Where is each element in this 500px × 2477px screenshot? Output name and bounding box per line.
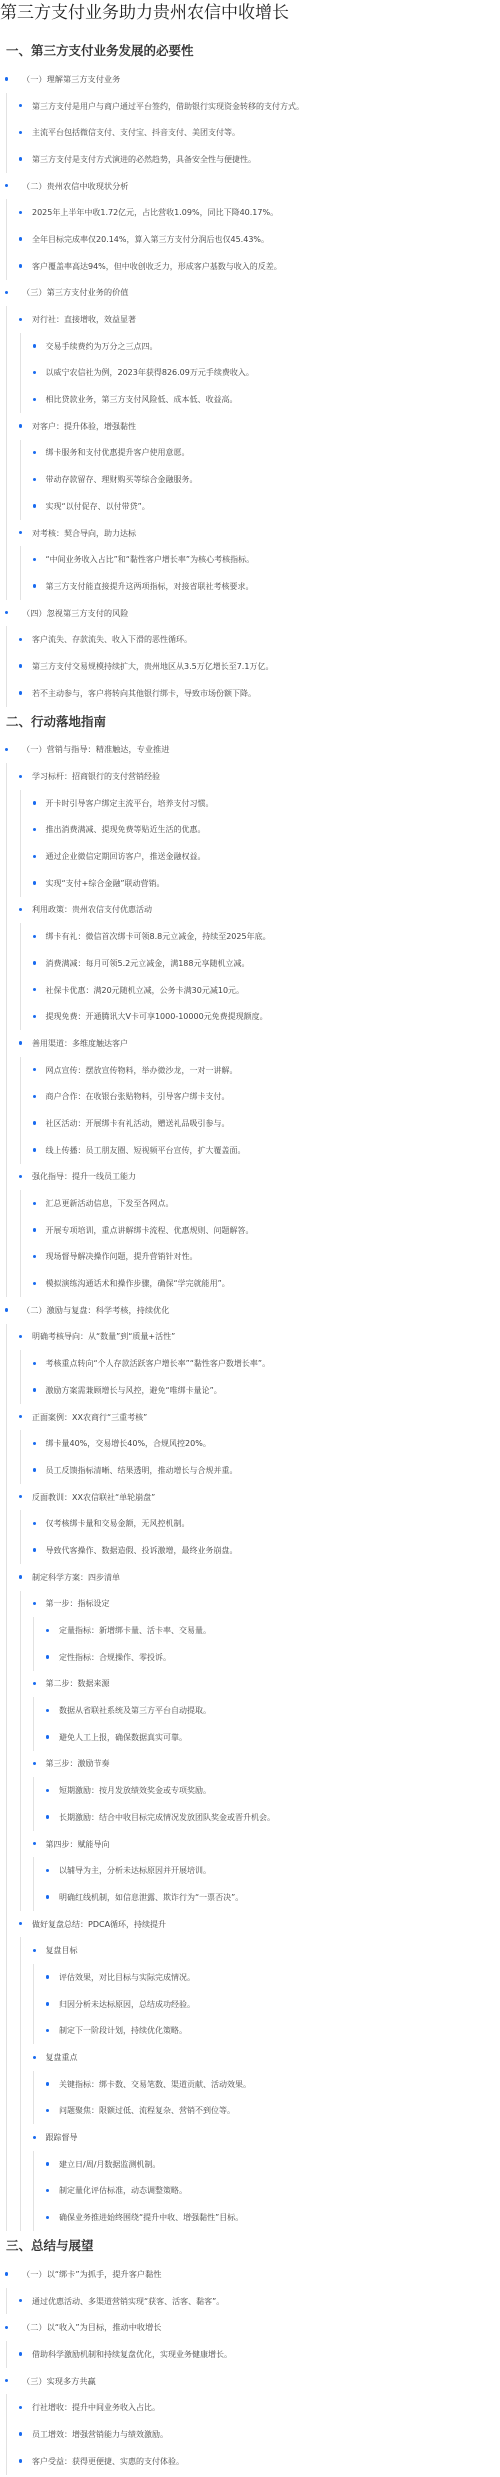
outline-item-label: 避免人工上报，确保数据真实可靠。 <box>59 1732 187 1743</box>
outline-row: 反面教训：XX农信联社“单轮崩盘” <box>7 1484 500 1511</box>
outline-item-level-3: 推出消费满减、提现免费等贴近生活的优惠。 <box>21 817 500 844</box>
outline-item-level-4: 制定量化评估标准，动态调整策略。 <box>34 2178 500 2205</box>
outline-item-label: 复盘目标 <box>46 1945 78 1956</box>
outline-item-label: 强化指导：提升一线员工能力 <box>32 1171 136 1182</box>
outline-row: 推出消费满减、提现免费等贴近生活的优惠。 <box>21 817 500 844</box>
bullet-dot-icon <box>46 1895 49 1898</box>
outline-row: 相比贷款业务，第三方支付风险低、成本低、收益高。 <box>21 386 500 413</box>
outline-item-level-2: 客户受益：获得更便捷、实惠的支付体验。 <box>7 2448 500 2475</box>
outline-item-label: 正面案例：XX农商行“三重考核” <box>32 1412 147 1423</box>
outline-row: 通过企业微信定期回访客户，推送金融权益。 <box>21 843 500 870</box>
section-heading: 一、第三方支付业务发展的必要性 <box>0 42 500 60</box>
outline-children: 借助科学激励机制和持续复盘优化，实现业务健康增长。 <box>6 2341 500 2368</box>
outline-item-level-4: 以辅导为主，分析未达标原因并开展培训。 <box>34 1857 500 1884</box>
outline-item-label: 利用政策：贵州农信支付优惠活动 <box>32 904 152 915</box>
outline-row: 员工反馈指标清晰、结果透明，推动增长与合规并重。 <box>21 1457 500 1484</box>
outline-item-label: 以辅导为主，分析未达标原因并开展培训。 <box>59 1865 211 1876</box>
outline-row: 明确考核导向：从“数量”到“质量+活性” <box>7 1324 500 1351</box>
outline-row: 短期激励：按月发放绩效奖金或专项奖励。 <box>34 1777 500 1804</box>
outline-item-level-2: 全年目标完成率仅20.14%，算入第三方支付分润后也仅45.43%。 <box>7 226 500 253</box>
outline-item-level-2: 反面教训：XX农信联社“单轮崩盘”仅考核绑卡量和交易金额，无风控机制。导致代客操… <box>7 1484 500 1564</box>
outline-item-level-3: 模拟演练沟通话术和操作步骤，确保“学完就能用”。 <box>21 1270 500 1297</box>
outline-row: 主流平台包括微信支付、支付宝、抖音支付、美团支付等。 <box>7 119 500 146</box>
bullet-dot-icon <box>19 1495 22 1498</box>
outline-item-label: 汇总更新活动信息，下发至各网点。 <box>46 1198 174 1209</box>
outline-children: 定量指标：新增绑卡量、活卡率、交易量。定性指标：合规操作、零投诉。 <box>33 1617 500 1670</box>
bullet-dot-icon <box>19 2459 22 2462</box>
outline-item-label: 客户受益：获得更便捷、实惠的支付体验。 <box>32 2456 184 2467</box>
outline-item-level-4: 明确红线机制，如信息泄露、欺诈行为“一票否决”。 <box>34 1884 500 1911</box>
bullet-dot-icon <box>33 1228 36 1231</box>
outline-item-label: 绑卡量40%，交易增长40%，合规风控20%。 <box>46 1438 211 1449</box>
document-section: 二、行动落地指南（一）营销与指导：精准触达，专业推进学习标杆：招商银行的支付营销… <box>0 713 500 2232</box>
outline-item-level-3: 第四步：赋能导向以辅导为主，分析未达标原因并开展培训。明确红线机制，如信息泄露、… <box>21 1831 500 1911</box>
bullet-dot-icon <box>33 1255 36 1258</box>
bullet-dot-icon <box>19 264 22 267</box>
outline-item-level-3: 社保卡优惠：满20元随机立减，公务卡满30元减10元。 <box>21 977 500 1004</box>
bullet-dot-icon <box>19 2432 22 2435</box>
outline-row: 制定科学方案：四步清单 <box>7 1564 500 1591</box>
bullet-dot-icon <box>19 774 22 777</box>
outline-item-label: 第四步：赋能导向 <box>46 1839 110 1850</box>
outline-row: （一）理解第三方支付业务 <box>0 66 500 93</box>
outline-item-level-4: 长期激励：结合中收目标完成情况发放团队奖金或晋升机会。 <box>34 1804 500 1831</box>
outline-row: 以威宁农信社为例，2023年获得826.09万元手续费收入。 <box>21 360 500 387</box>
outline-item-label: （四）忽视第三方支付的风险 <box>22 608 128 619</box>
outline-item-level-3: 提现免费：开通腾讯大V卡可享1000-10000元免费提现额度。 <box>21 1003 500 1030</box>
bullet-dot-icon <box>33 1442 36 1445</box>
outline-item-level-3: 导致代客操作、数据造假、投诉激增，最终业务崩盘。 <box>21 1537 500 1564</box>
outline-item-label: 社区活动：开展绑卡有礼活动，赠送礼品吸引参与。 <box>46 1118 230 1129</box>
bullet-dot-icon <box>33 855 36 858</box>
outline-item-level-2: 做好复盘总结：PDCA循环，持续提升复盘目标评估效果，对比目标与实际完成情况。归… <box>7 1911 500 2231</box>
outline-item-level-3: 交易手续费约为万分之三点四。 <box>21 333 500 360</box>
outline-item-label: （二）以“收入”为目标，推动中收增长 <box>22 2322 161 2333</box>
outline-item-label: 员工增效：增强营销能力与绩效激励。 <box>32 2429 168 2440</box>
outline-item-label: 考核重点转向“个人存款活跃客户增长率”“黏性客户数增长率”。 <box>46 1358 271 1369</box>
outline-row: 客户流失、存款流失、收入下滑的恶性循环。 <box>7 626 500 653</box>
outline-item-level-3: 复盘目标评估效果，对比目标与实际完成情况。归因分析未达标原因，总结成功经验。制定… <box>21 1937 500 2044</box>
outline-item-label: 第三步：激励节奏 <box>46 1758 110 1769</box>
outline-row: （三）第三方支付业务的价值 <box>0 280 500 307</box>
bullet-dot-icon <box>33 1362 36 1365</box>
outline-item-label: 明确红线机制，如信息泄露、欺诈行为“一票否决”。 <box>59 1892 243 1903</box>
outline-item-label: 确保业务推进始终围绕“提升中收、增强黏性”目标。 <box>59 2212 243 2223</box>
outline-item-label: 2025年上半年中收1.72亿元，占比营收1.09%，同比下降40.17%。 <box>32 207 278 218</box>
outline-children: 学习标杆：招商银行的支付营销经验开卡时引导客户绑定主流平台，培养支付习惯。推出消… <box>6 763 500 1297</box>
outline-item-label: 对考核：契合导向，助力达标 <box>32 528 136 539</box>
bullet-dot-icon <box>33 988 36 991</box>
outline-item-level-4: 短期激励：按月发放绩效奖金或专项奖励。 <box>34 1777 500 1804</box>
bullet-dot-icon <box>33 1015 36 1018</box>
bullet-dot-icon <box>19 691 22 694</box>
outline-item-label: 建立日/周/月数据监测机制。 <box>59 2159 160 2170</box>
outline-item-label: 绑卡有礼：微信首次绑卡可领8.8元立减金，持续至2025年底。 <box>46 931 271 942</box>
outline-children: 复盘目标评估效果，对比目标与实际完成情况。归因分析未达标原因，总结成功经验。制定… <box>20 1937 500 2231</box>
outline-item-label: 员工反馈指标清晰、结果透明，推动增长与合规并重。 <box>46 1465 238 1476</box>
outline-item-level-1: （二）以“收入”为目标，推动中收增长借助科学激励机制和持续复盘优化，实现业务健康… <box>0 2314 500 2367</box>
outline-row: 带动存款留存、理财购买等综合金融服务。 <box>21 466 500 493</box>
outline-item-level-2: 强化指导：提升一线员工能力汇总更新活动信息，下发至各网点。开展专项培训，重点讲解… <box>7 1164 500 1297</box>
outline-item-label: 定量指标：新增绑卡量、活卡率、交易量。 <box>59 1625 211 1636</box>
outline-item-level-3: 考核重点转向“个人存款活跃客户增长率”“黏性客户数增长率”。 <box>21 1350 500 1377</box>
bullet-dot-icon <box>19 531 22 534</box>
outline-item-level-1: （四）忽视第三方支付的风险客户流失、存款流失、收入下滑的恶性循环。第三方支付交易… <box>0 600 500 707</box>
outline-item-level-3: 汇总更新活动信息，下发至各网点。 <box>21 1190 500 1217</box>
bullet-dot-icon <box>33 2136 36 2139</box>
outline-children: 对行社：直接增收，效益显著交易手续费约为万分之三点四。以威宁农信社为例，2023… <box>6 306 500 600</box>
bullet-dot-icon <box>46 1655 49 1658</box>
outline-item-label: 线上传播：员工朋友圈、短视频平台宣传，扩大覆盖面。 <box>46 1145 246 1156</box>
outline-row: 仅考核绑卡量和交易金额，无风控机制。 <box>21 1510 500 1537</box>
outline-item-label: 归因分析未达标原因，总结成功经验。 <box>59 1999 195 2010</box>
bullet-dot-icon <box>33 2055 36 2058</box>
outline-row: （一）营销与指导：精准触达，专业推进 <box>0 737 500 764</box>
outline-row: 考核重点转向“个人存款活跃客户增长率”“黏性客户数增长率”。 <box>21 1350 500 1377</box>
bullet-dot-icon <box>19 1175 22 1178</box>
outline-item-label: 制定科学方案：四步清单 <box>32 1572 120 1583</box>
outline-children: 建立日/周/月数据监测机制。制定量化评估标准，动态调整策略。确保业务推进始终围绕… <box>33 2151 500 2231</box>
outline-item-level-3: 绑卡服务和支付优惠提升客户使用意愿。 <box>21 440 500 467</box>
outline-item-level-4: 数据从省联社系统及第三方平台自动提取。 <box>34 1697 500 1724</box>
outline-row: 网点宣传：摆放宣传物料，举办微沙龙，一对一讲解。 <box>21 1057 500 1084</box>
bullet-dot-icon <box>33 1762 36 1765</box>
bullet-dot-icon <box>33 504 36 507</box>
outline-children: 仅考核绑卡量和交易金额，无风控机制。导致代客操作、数据造假、投诉激增，最终业务崩… <box>20 1510 500 1563</box>
outline-item-label: 定性指标：合规操作、零投诉。 <box>59 1652 171 1663</box>
outline-item-label: 第三方支付能直接提升这两项指标，对接省联社考核要求。 <box>46 581 254 592</box>
outline-item-level-3: 第三方支付能直接提升这两项指标，对接省联社考核要求。 <box>21 573 500 600</box>
outline-row: 制定量化评估标准，动态调整策略。 <box>34 2178 500 2205</box>
outline-item-level-3: 绑卡量40%，交易增长40%，合规风控20%。 <box>21 1430 500 1457</box>
outline-row: 第三方支付交易规模持续扩大，贵州地区从3.5万亿增长至7.1万亿。 <box>7 653 500 680</box>
bullet-dot-icon <box>33 451 36 454</box>
outline-item-level-2: 第三方支付交易规模持续扩大，贵州地区从3.5万亿增长至7.1万亿。 <box>7 653 500 680</box>
outline-item-level-3: 以威宁农信社为例，2023年获得826.09万元手续费收入。 <box>21 360 500 387</box>
bullet-dot-icon <box>19 664 22 667</box>
outline-item-level-2: 若不主动参与，客户将转向其他银行绑卡，导致市场份额下降。 <box>7 680 500 707</box>
outline-item-label: 问题聚焦：限额过低、流程复杂、营销不到位等。 <box>59 2105 235 2116</box>
outline-item-label: 提现免费：开通腾讯大V卡可享1000-10000元免费提现额度。 <box>46 1011 268 1022</box>
outline-row: 第三方支付是支付方式演进的必然趋势，具备安全性与便捷性。 <box>7 146 500 173</box>
bullet-dot-icon <box>19 1922 22 1925</box>
outline-children: 开卡时引导客户绑定主流平台，培养支付习惯。推出消费满减、提现免费等贴近生活的优惠… <box>20 790 500 897</box>
outline-children: 以辅导为主，分析未达标原因并开展培训。明确红线机制，如信息泄露、欺诈行为“一票否… <box>33 1857 500 1910</box>
bullet-dot-icon <box>19 1415 22 1418</box>
bullet-dot-icon <box>33 371 36 374</box>
bullet-dot-icon <box>5 611 8 614</box>
outline-item-label: 导致代客操作、数据造假、投诉激增，最终业务崩盘。 <box>46 1545 238 1556</box>
outline-item-level-1: （三）第三方支付业务的价值对行社：直接增收，效益显著交易手续费约为万分之三点四。… <box>0 280 500 600</box>
bullet-dot-icon <box>33 1842 36 1845</box>
outline-children: 网点宣传：摆放宣传物料，举办微沙龙，一对一讲解。商户合作：在收银台张贴物料，引导… <box>20 1057 500 1164</box>
document-section: 一、第三方支付业务发展的必要性（一）理解第三方支付业务第三方支付是用户与商户通过… <box>0 42 500 707</box>
outline-row: 问题聚焦：限额过低、流程复杂、营销不到位等。 <box>34 2098 500 2125</box>
outline-children: 绑卡有礼：微信首次绑卡可领8.8元立减金，持续至2025年底。消费满减：每月可领… <box>20 923 500 1030</box>
outline-row: 避免人工上报，确保数据真实可靠。 <box>34 1724 500 1751</box>
outline-row: 借助科学激励机制和持续复盘优化，实现业务健康增长。 <box>7 2341 500 2368</box>
outline-item-level-4: 建立日/周/月数据监测机制。 <box>34 2151 500 2178</box>
outline-item-label: 学习标杆：招商银行的支付营销经验 <box>32 771 160 782</box>
outline-item-label: 客户覆盖率高达94%，但中收创收乏力，形成客户基数与收入的反差。 <box>32 261 282 272</box>
section-heading: 二、行动落地指南 <box>0 713 500 731</box>
outline-item-label: 网点宣传：摆放宣传物料，举办微沙龙，一对一讲解。 <box>46 1065 238 1076</box>
bullet-dot-icon <box>33 1602 36 1605</box>
bullet-dot-icon <box>46 1709 49 1712</box>
outline-item-label: 全年目标完成率仅20.14%，算入第三方支付分润后也仅45.43%。 <box>32 234 269 245</box>
outline-item-level-3: 第三步：激励节奏短期激励：按月发放绩效奖金或专项奖励。长期激励：结合中收目标完成… <box>21 1751 500 1831</box>
bullet-dot-icon <box>33 584 36 587</box>
document-title: 第三方支付业务助力贵州农信中收增长 <box>0 0 500 36</box>
bullet-dot-icon <box>33 1682 36 1685</box>
outline-row: 第三步：激励节奏 <box>21 1751 500 1778</box>
outline-item-label: 数据从省联社系统及第三方平台自动提取。 <box>59 1705 211 1716</box>
outline-item-level-3: 实现“以付促存、以付带贷”。 <box>21 493 500 520</box>
outline-item-label: 长期激励：结合中收目标完成情况发放团队奖金或晋升机会。 <box>59 1812 275 1823</box>
outline-item-level-2: 对考核：契合导向，助力达标“中间业务收入占比”和“黏性客户增长率”为核心考核指标… <box>7 520 500 600</box>
outline-row: 通过优惠活动、多渠道营销实现“获客、活客、黏客”。 <box>7 2288 500 2315</box>
outline-item-label: （一）理解第三方支付业务 <box>22 74 120 85</box>
outline-item-level-4: 制定下一阶段计划，持续优化策略。 <box>34 2018 500 2045</box>
bullet-dot-icon <box>19 424 22 427</box>
outline-children: 通过优惠活动、多渠道营销实现“获客、活客、黏客”。 <box>6 2288 500 2315</box>
outline-row: 确保业务推进始终围绕“提升中收、增强黏性”目标。 <box>34 2204 500 2231</box>
outline-item-level-2: 利用政策：贵州农信支付优惠活动绑卡有礼：微信首次绑卡可领8.8元立减金，持续至2… <box>7 897 500 1030</box>
outline-children: 第三方支付是用户与商户通过平台签约，借助银行实现资金转移的支付方式。主流平台包括… <box>6 93 500 173</box>
bullet-dot-icon <box>19 908 22 911</box>
bullet-dot-icon <box>46 1789 49 1792</box>
outline-children: 明确考核导向：从“数量”到“质量+活性”考核重点转向“个人存款活跃客户增长率”“… <box>6 1324 500 2231</box>
outline-row: 第二步：数据来源 <box>21 1671 500 1698</box>
outline-item-label: 仅考核绑卡量和交易金额，无风控机制。 <box>46 1518 190 1529</box>
bullet-dot-icon <box>19 638 22 641</box>
outline-children: 考核重点转向“个人存款活跃客户增长率”“黏性客户数增长率”。激励方案需兼顾增长与… <box>20 1350 500 1403</box>
outline-item-label: （二）贵州农信中收现状分析 <box>22 181 128 192</box>
outline-item-level-3: 通过企业微信定期回访客户，推送金融权益。 <box>21 843 500 870</box>
outline-item-label: （一）以“绑卡”为抓手，提升客户黏性 <box>22 2269 161 2280</box>
outline-item-label: （二）激励与复盘：科学考核，持续优化 <box>22 1305 169 1316</box>
outline-item-level-4: 关键指标：绑卡数、交易笔数、渠道贡献、活动效果。 <box>34 2071 500 2098</box>
bullet-dot-icon <box>33 1148 36 1151</box>
bullet-dot-icon <box>5 748 8 751</box>
outline-row: 学习标杆：招商银行的支付营销经验 <box>7 763 500 790</box>
outline-row: 对行社：直接增收，效益显著 <box>7 306 500 333</box>
bullet-dot-icon <box>33 478 36 481</box>
outline-item-level-2: 学习标杆：招商银行的支付营销经验开卡时引导客户绑定主流平台，培养支付习惯。推出消… <box>7 763 500 896</box>
outline-item-level-3: 带动存款留存、理财购买等综合金融服务。 <box>21 466 500 493</box>
bullet-dot-icon <box>5 1308 8 1311</box>
outline-row: （二）贵州农信中收现状分析 <box>0 173 500 200</box>
bullet-dot-icon <box>5 291 8 294</box>
outline-item-level-3: 跟踪督导建立日/周/月数据监测机制。制定量化评估标准，动态调整策略。确保业务推进… <box>21 2124 500 2231</box>
bullet-dot-icon <box>5 2272 8 2275</box>
outline-list: （一）以“绑卡”为抓手，提升客户黏性通过优惠活动、多渠道营销实现“获客、活客、黏… <box>0 2261 500 2475</box>
bullet-dot-icon <box>33 1468 36 1471</box>
bullet-dot-icon <box>5 2326 8 2329</box>
outline-row: 员工增效：增强营销能力与绩效激励。 <box>7 2421 500 2448</box>
outline-row: 2025年上半年中收1.72亿元，占比营收1.09%，同比下降40.17%。 <box>7 199 500 226</box>
outline-item-label: 复盘重点 <box>46 2052 78 2063</box>
outline-row: 做好复盘总结：PDCA循环，持续提升 <box>7 1911 500 1938</box>
outline-row: “中间业务收入占比”和“黏性客户增长率”为核心考核指标。 <box>21 546 500 573</box>
outline-item-level-4: 确保业务推进始终围绕“提升中收、增强黏性”目标。 <box>34 2204 500 2231</box>
bullet-dot-icon <box>19 2352 22 2355</box>
bullet-dot-icon <box>46 1815 49 1818</box>
outline-item-label: 制定量化评估标准，动态调整策略。 <box>59 2185 187 2196</box>
outline-item-level-4: 避免人工上报，确保数据真实可靠。 <box>34 1724 500 1751</box>
outline-item-label: 现场督导解决操作问题，提升营销针对性。 <box>46 1251 198 1262</box>
outline-row: 客户覆盖率高达94%，但中收创收乏力，形成客户基数与收入的反差。 <box>7 253 500 280</box>
outline-item-label: 交易手续费约为万分之三点四。 <box>46 341 158 352</box>
outline-item-level-3: 网点宣传：摆放宣传物料，举办微沙龙，一对一讲解。 <box>21 1057 500 1084</box>
outline-item-label: 客户流失、存款流失、收入下滑的恶性循环。 <box>32 634 192 645</box>
outline-item-label: （三）第三方支付业务的价值 <box>22 287 128 298</box>
outline-row: 汇总更新活动信息，下发至各网点。 <box>21 1190 500 1217</box>
bullet-dot-icon <box>5 77 8 80</box>
bullet-dot-icon <box>33 398 36 401</box>
outline-children: 绑卡服务和支付优惠提升客户使用意愿。带动存款留存、理财购买等综合金融服务。实现“… <box>20 440 500 520</box>
outline-row: 现场督导解决操作问题，提升营销针对性。 <box>21 1244 500 1271</box>
outline-item-level-2: 主流平台包括微信支付、支付宝、抖音支付、美团支付等。 <box>7 119 500 146</box>
outline-item-label: 通过企业微信定期回访客户，推送金融权益。 <box>46 851 206 862</box>
outline-item-level-1: （二）贵州农信中收现状分析2025年上半年中收1.72亿元，占比营收1.09%，… <box>0 173 500 280</box>
bullet-dot-icon <box>19 237 22 240</box>
bullet-dot-icon <box>33 1121 36 1124</box>
outline-row: （三）实现多方共赢 <box>0 2368 500 2395</box>
outline-item-label: 第三方支付交易规模持续扩大，贵州地区从3.5万亿增长至7.1万亿。 <box>32 661 273 672</box>
outline-row: 社保卡优惠：满20元随机立减，公务卡满30元减10元。 <box>21 977 500 1004</box>
outline-row: （二）以“收入”为目标，推动中收增长 <box>0 2314 500 2341</box>
bullet-dot-icon <box>19 131 22 134</box>
outline-item-label: 社保卡优惠：满20元随机立减，公务卡满30元减10元。 <box>46 985 245 996</box>
bullet-dot-icon <box>46 1975 49 1978</box>
outline-row: 行社增收：提升中间业务收入占比。 <box>7 2394 500 2421</box>
outline-row: 强化指导：提升一线员工能力 <box>7 1164 500 1191</box>
outline-item-label: 以威宁农信社为例，2023年获得826.09万元手续费收入。 <box>46 367 254 378</box>
outline-row: 明确红线机制，如信息泄露、欺诈行为“一票否决”。 <box>34 1884 500 1911</box>
outline-row: 以辅导为主，分析未达标原因并开展培训。 <box>34 1857 500 1884</box>
outline-item-level-1: （一）理解第三方支付业务第三方支付是用户与商户通过平台签约，借助银行实现资金转移… <box>0 66 500 173</box>
outline-children: “中间业务收入占比”和“黏性客户增长率”为核心考核指标。第三方支付能直接提升这两… <box>20 546 500 599</box>
bullet-dot-icon <box>46 2162 49 2165</box>
bullet-dot-icon <box>33 801 36 804</box>
outline-item-level-4: 定量指标：新增绑卡量、活卡率、交易量。 <box>34 1617 500 1644</box>
outline-item-level-3: 激励方案需兼顾增长与风控，避免“唯绑卡量论”。 <box>21 1377 500 1404</box>
outline-item-level-2: 对行社：直接增收，效益显著交易手续费约为万分之三点四。以威宁农信社为例，2023… <box>7 306 500 413</box>
outline-item-label: 相比贷款业务，第三方支付风险低、成本低、收益高。 <box>46 394 238 405</box>
outline-item-label: 带动存款留存、理财购买等综合金融服务。 <box>46 474 198 485</box>
outline-item-level-3: 现场督导解决操作问题，提升营销针对性。 <box>21 1244 500 1271</box>
outline-row: 复盘目标 <box>21 1937 500 1964</box>
bullet-dot-icon <box>46 1735 49 1738</box>
outline-row: 第一步：指标设定 <box>21 1591 500 1618</box>
bullet-dot-icon <box>33 828 36 831</box>
outline-children: 绑卡量40%，交易增长40%，合规风控20%。员工反馈指标清晰、结果透明，推动增… <box>20 1430 500 1483</box>
outline-item-level-3: 开卡时引导客户绑定主流平台，培养支付习惯。 <box>21 790 500 817</box>
bullet-dot-icon <box>46 2002 49 2005</box>
bullet-dot-icon <box>5 2379 8 2382</box>
outline-item-label: 跟踪督导 <box>46 2132 78 2143</box>
outline-row: 实现“支付+综合金融”联动营销。 <box>21 870 500 897</box>
bullet-dot-icon <box>46 2109 49 2112</box>
bullet-dot-icon <box>33 1201 36 1204</box>
outline-row: 全年目标完成率仅20.14%，算入第三方支付分润后也仅45.43%。 <box>7 226 500 253</box>
outline-item-level-1: （二）激励与复盘：科学考核，持续优化明确考核导向：从“数量”到“质量+活性”考核… <box>0 1297 500 2231</box>
outline-item-level-2: 2025年上半年中收1.72亿元，占比营收1.09%，同比下降40.17%。 <box>7 199 500 226</box>
outline-item-label: 开展专项培训，重点讲解绑卡流程、优惠规则、问题解答。 <box>46 1225 254 1236</box>
outline-item-level-4: 问题聚焦：限额过低、流程复杂、营销不到位等。 <box>34 2098 500 2125</box>
outline-row: 社区活动：开展绑卡有礼活动，赠送礼品吸引参与。 <box>21 1110 500 1137</box>
outline-item-label: 激励方案需兼顾增长与风控，避免“唯绑卡量论”。 <box>46 1385 222 1396</box>
outline-row: 长期激励：结合中收目标完成情况发放团队奖金或晋升机会。 <box>34 1804 500 1831</box>
outline-item-label: 做好复盘总结：PDCA循环，持续提升 <box>32 1919 166 1930</box>
bullet-dot-icon <box>33 344 36 347</box>
outline-item-level-3: 社区活动：开展绑卡有礼活动，赠送礼品吸引参与。 <box>21 1110 500 1137</box>
outline-item-level-2: 客户流失、存款流失、收入下滑的恶性循环。 <box>7 626 500 653</box>
bullet-dot-icon <box>19 211 22 214</box>
outline-row: 商户合作：在收银台张贴物料，引导客户绑卡支付。 <box>21 1083 500 1110</box>
outline-row: 消费满减：每月可领5.2元立减金，满188元享随机立减。 <box>21 950 500 977</box>
outline-item-label: 对行社：直接增收，效益显著 <box>32 314 136 325</box>
outline-item-label: 模拟演练沟通话术和操作步骤，确保“学完就能用”。 <box>46 1278 230 1289</box>
outline-item-label: 实现“以付促存、以付带贷”。 <box>46 501 150 512</box>
outline-row: （四）忽视第三方支付的风险 <box>0 600 500 627</box>
outline-item-level-2: 第三方支付是用户与商户通过平台签约，借助银行实现资金转移的支付方式。 <box>7 93 500 120</box>
outline-item-label: 短期激励：按月发放绩效奖金或专项奖励。 <box>59 1785 211 1796</box>
outline-children: 第一步：指标设定定量指标：新增绑卡量、活卡率、交易量。定性指标：合规操作、零投诉… <box>20 1591 500 1911</box>
outline-item-label: 明确考核导向：从“数量”到“质量+活性” <box>32 1331 175 1342</box>
outline-row: 开展专项培训，重点讲解绑卡流程、优惠规则、问题解答。 <box>21 1217 500 1244</box>
outline-row: 第三方支付是用户与商户通过平台签约，借助银行实现资金转移的支付方式。 <box>7 93 500 120</box>
outline-list: （一）理解第三方支付业务第三方支付是用户与商户通过平台签约，借助银行实现资金转移… <box>0 66 500 707</box>
outline-row: 绑卡量40%，交易增长40%，合规风控20%。 <box>21 1430 500 1457</box>
outline-item-label: 第三方支付是支付方式演进的必然趋势，具备安全性与便捷性。 <box>32 154 256 165</box>
outline-item-level-3: 实现“支付+综合金融”联动营销。 <box>21 870 500 897</box>
outline-item-label: 通过优惠活动、多渠道营销实现“获客、活客、黏客”。 <box>32 2296 224 2307</box>
bullet-dot-icon <box>46 1628 49 1631</box>
outline-item-label: 行社增收：提升中间业务收入占比。 <box>32 2402 160 2413</box>
outline-row: 交易手续费约为万分之三点四。 <box>21 333 500 360</box>
bullet-dot-icon <box>19 104 22 107</box>
outline-item-level-2: 第三方支付是支付方式演进的必然趋势，具备安全性与便捷性。 <box>7 146 500 173</box>
bullet-dot-icon <box>46 2216 49 2219</box>
bullet-dot-icon <box>19 157 22 160</box>
bullet-dot-icon <box>33 1522 36 1525</box>
outline-item-level-1: （一）营销与指导：精准触达，专业推进学习标杆：招商银行的支付营销经验开卡时引导客… <box>0 737 500 1297</box>
outline-item-label: 善用渠道：多维度触达客户 <box>32 1038 128 1049</box>
bullet-dot-icon <box>46 1869 49 1872</box>
outline-item-level-2: 通过优惠活动、多渠道营销实现“获客、活客、黏客”。 <box>7 2288 500 2315</box>
outline-item-level-3: 仅考核绑卡量和交易金额，无风控机制。 <box>21 1510 500 1537</box>
outline-item-level-3: 线上传播：员工朋友圈、短视频平台宣传，扩大覆盖面。 <box>21 1137 500 1164</box>
outline-item-label: 实现“支付+综合金融”联动营销。 <box>46 878 165 889</box>
outline-children: 汇总更新活动信息，下发至各网点。开展专项培训，重点讲解绑卡流程、优惠规则、问题解… <box>20 1190 500 1297</box>
outline-item-label: 对客户：提升体验，增强黏性 <box>32 421 136 432</box>
bullet-dot-icon <box>19 317 22 320</box>
outline-row: 导致代客操作、数据造假、投诉激增，最终业务崩盘。 <box>21 1537 500 1564</box>
outline-item-level-3: 商户合作：在收银台张贴物料，引导客户绑卡支付。 <box>21 1083 500 1110</box>
outline-item-label: 第一步：指标设定 <box>46 1598 110 1609</box>
outline-item-level-2: 行社增收：提升中间业务收入占比。 <box>7 2394 500 2421</box>
outline-item-label: 第二步：数据来源 <box>46 1678 110 1689</box>
bullet-dot-icon <box>33 1068 36 1071</box>
section-heading: 三、总结与展望 <box>0 2237 500 2255</box>
outline-row: 对客户：提升体验，增强黏性 <box>7 413 500 440</box>
document-section: 三、总结与展望（一）以“绑卡”为抓手，提升客户黏性通过优惠活动、多渠道营销实现“… <box>0 2237 500 2475</box>
outline-row: 开卡时引导客户绑定主流平台，培养支付习惯。 <box>21 790 500 817</box>
outline-row: 善用渠道：多维度触达客户 <box>7 1030 500 1057</box>
outline-children: 2025年上半年中收1.72亿元，占比营收1.09%，同比下降40.17%。全年… <box>6 199 500 279</box>
